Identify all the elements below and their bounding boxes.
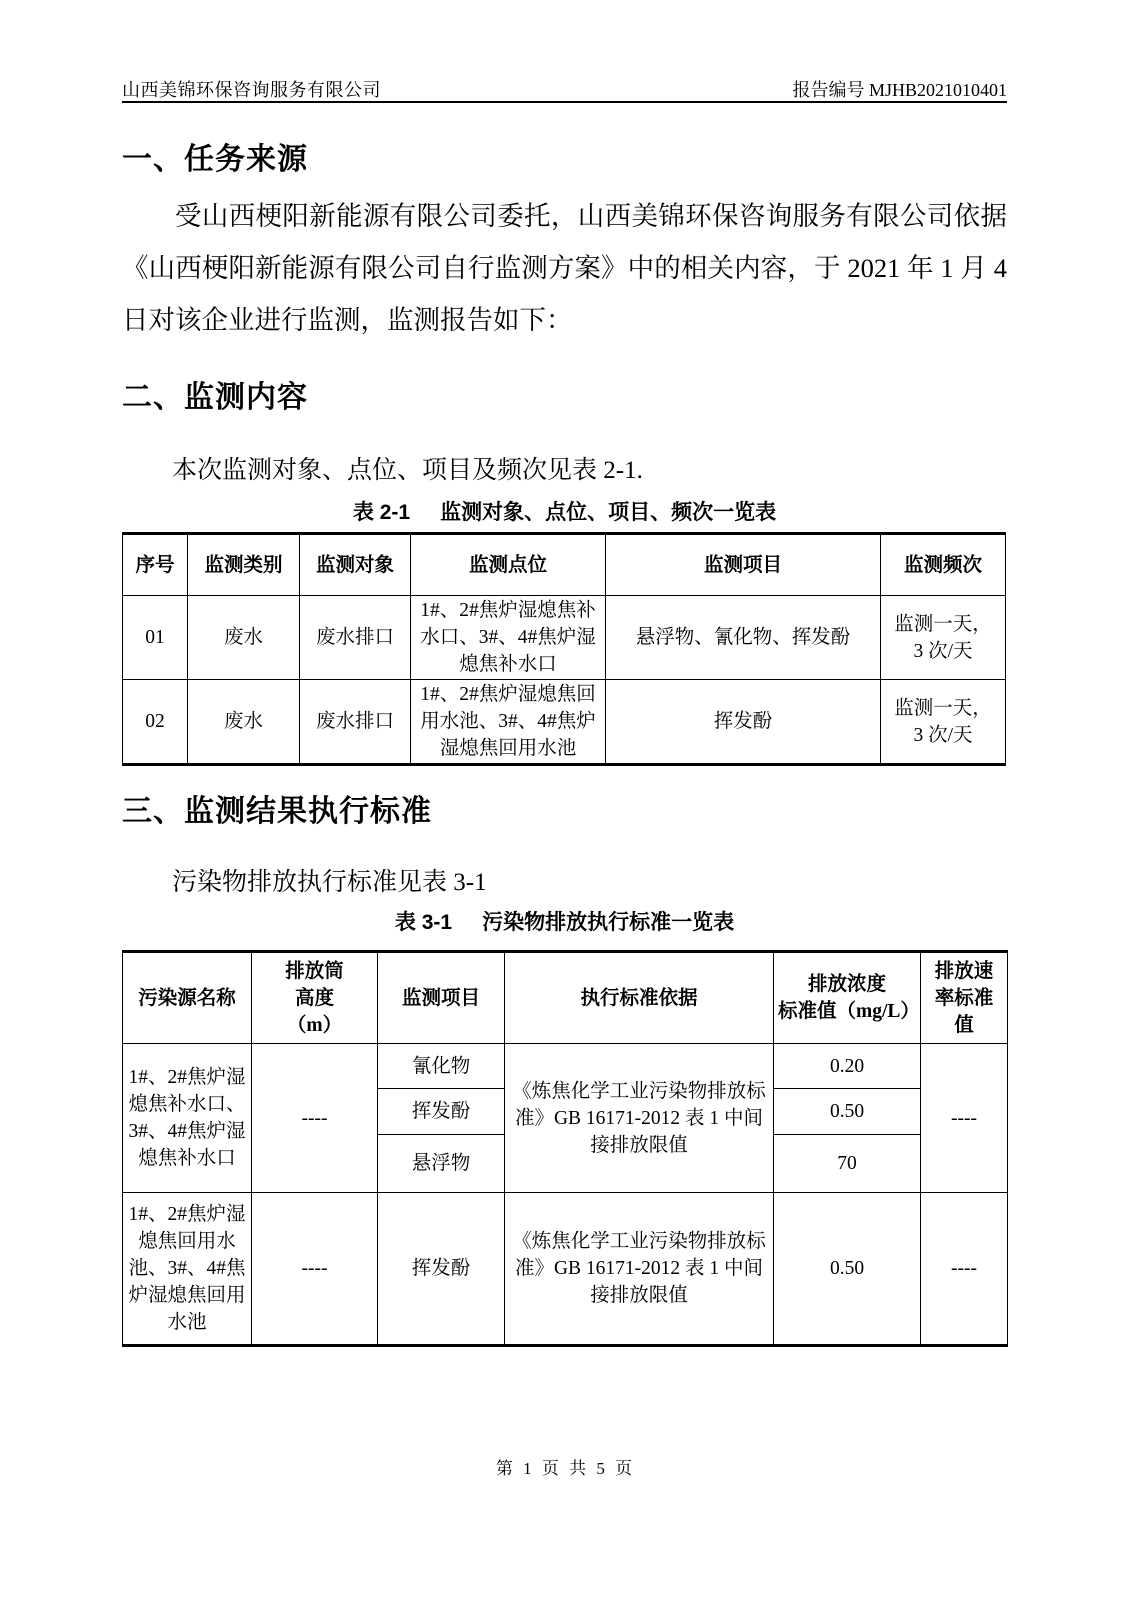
header-divider-line [122, 101, 1007, 103]
table-3-1-header-row: 污染源名称 排放筒 高度 （m） 监测项目 执行标准依据 排放浓度 标准值（mg… [123, 952, 1008, 1044]
table-2-1-caption: 表 2-1监测对象、点位、项目、频次一览表 [122, 496, 1007, 526]
emission-standards-table: 污染源名称 排放筒 高度 （m） 监测项目 执行标准依据 排放浓度 标准值（mg… [122, 950, 1008, 1347]
table-2-1-caption-title: 监测对象、点位、项目、频次一览表 [440, 501, 776, 524]
section-1-title: 一、任务来源 [122, 134, 308, 178]
t31-header-basis: 执行标准依据 [505, 952, 774, 1044]
table-3-1-caption-title: 污染物排放执行标准一览表 [482, 911, 734, 934]
table-3-1-group2-row: 1#、2#焦炉湿熄焦回用水池、3#、4#焦炉湿熄焦回用水池 ---- 挥发酚 《… [123, 1193, 1008, 1346]
t31-header-concentration: 排放浓度 标准值（mg/L） [774, 952, 921, 1044]
document-page: 山西美锦环保咨询服务有限公司 报告编号 MJHB2021010401 一、任务来… [0, 0, 1131, 1600]
t21-header-category: 监测类别 [188, 534, 300, 596]
t31-g2-basis: 《炼焦化学工业污染物排放标准》GB 16171-2012 表 1 中间接排放限值 [505, 1193, 774, 1346]
t21-r2-no: 02 [123, 680, 188, 765]
table-3-1-group1-row-cyanide: 1#、2#焦炉湿熄焦补水口、3#、4#焦炉湿熄焦补水口 ---- 氰化物 《炼焦… [123, 1044, 1008, 1089]
t21-r1-frequency: 监测一天， 3 次/天 [881, 596, 1006, 680]
t31-g1-rate-standard: ---- [921, 1044, 1008, 1193]
t21-r1-object: 废水排口 [300, 596, 411, 680]
t31-g1-source: 1#、2#焦炉湿熄焦补水口、3#、4#焦炉湿熄焦补水口 [123, 1044, 252, 1193]
table-3-1-caption: 表 3-1污染物排放执行标准一览表 [122, 906, 1007, 936]
t31-header-stack-height: 排放筒 高度 （m） [252, 952, 378, 1044]
header-report-number: 报告编号 MJHB2021010401 [792, 76, 1007, 102]
t21-header-seq: 序号 [123, 534, 188, 596]
t31-g1-value-cyanide: 0.20 [774, 1044, 921, 1089]
t21-r2-object: 废水排口 [300, 680, 411, 765]
t21-r1-items: 悬浮物、氰化物、挥发酚 [606, 596, 881, 680]
t31-header-rate: 排放速 率标准 值 [921, 952, 1008, 1044]
t31-g2-stack-height: ---- [252, 1193, 378, 1346]
section-2-title: 二、监测内容 [122, 372, 308, 416]
section-1-paragraph: 受山西梗阳新能源有限公司委托，山西美锦环保咨询服务有限公司依据《山西梗阳新能源有… [122, 190, 1007, 346]
t21-r2-items: 挥发酚 [606, 680, 881, 765]
section-3-intro: 污染物排放执行标准见表 3-1 [122, 862, 1007, 898]
table-3-1-caption-label: 表 3-1 [395, 911, 452, 934]
table-2-1-caption-label: 表 2-1 [353, 501, 410, 524]
t21-r2-frequency: 监测一天， 3 次/天 [881, 680, 1006, 765]
t21-header-items: 监测项目 [606, 534, 881, 596]
t21-r1-no: 01 [123, 596, 188, 680]
t31-g2-item: 挥发酚 [378, 1193, 505, 1346]
t31-g1-item-cyanide: 氰化物 [378, 1044, 505, 1089]
t31-g1-value-ss: 70 [774, 1135, 921, 1193]
t31-g1-basis: 《炼焦化学工业污染物排放标准》GB 16171-2012 表 1 中间接排放限值 [505, 1044, 774, 1193]
header-company-name: 山西美锦环保咨询服务有限公司 [122, 76, 381, 102]
table-2-1-header-row: 序号 监测类别 监测对象 监测点位 监测项目 监测频次 [123, 534, 1006, 596]
t21-r2-category: 废水 [188, 680, 300, 765]
section-2-intro: 本次监测对象、点位、项目及频次见表 2-1. [122, 450, 1007, 486]
page-number-footer: 第 1 页 共 5 页 [0, 1454, 1131, 1479]
section-3-title: 三、监测结果执行标准 [122, 786, 432, 830]
t21-header-frequency: 监测频次 [881, 534, 1006, 596]
t21-r1-point: 1#、2#焦炉湿熄焦补水口、3#、4#焦炉湿熄焦补水口 [411, 596, 606, 680]
t31-g1-value-phenol: 0.50 [774, 1089, 921, 1135]
t31-g2-value: 0.50 [774, 1193, 921, 1346]
t31-header-source: 污染源名称 [123, 952, 252, 1044]
t31-g1-item-ss: 悬浮物 [378, 1135, 505, 1193]
monitoring-content-table: 序号 监测类别 监测对象 监测点位 监测项目 监测频次 01 废水 废水排口 1… [122, 532, 1006, 766]
t31-g1-item-phenol: 挥发酚 [378, 1089, 505, 1135]
t21-r2-point: 1#、2#焦炉湿熄焦回用水池、3#、4#焦炉湿熄焦回用水池 [411, 680, 606, 765]
table-2-1-row-02: 02 废水 废水排口 1#、2#焦炉湿熄焦回用水池、3#、4#焦炉湿熄焦回用水池… [123, 680, 1006, 765]
t31-header-item: 监测项目 [378, 952, 505, 1044]
table-2-1-row-01: 01 废水 废水排口 1#、2#焦炉湿熄焦补水口、3#、4#焦炉湿熄焦补水口 悬… [123, 596, 1006, 680]
t31-g2-source: 1#、2#焦炉湿熄焦回用水池、3#、4#焦炉湿熄焦回用水池 [123, 1193, 252, 1346]
t21-r1-category: 废水 [188, 596, 300, 680]
t21-header-point: 监测点位 [411, 534, 606, 596]
t21-header-object: 监测对象 [300, 534, 411, 596]
t31-g2-rate-standard: ---- [921, 1193, 1008, 1346]
t31-g1-stack-height: ---- [252, 1044, 378, 1193]
